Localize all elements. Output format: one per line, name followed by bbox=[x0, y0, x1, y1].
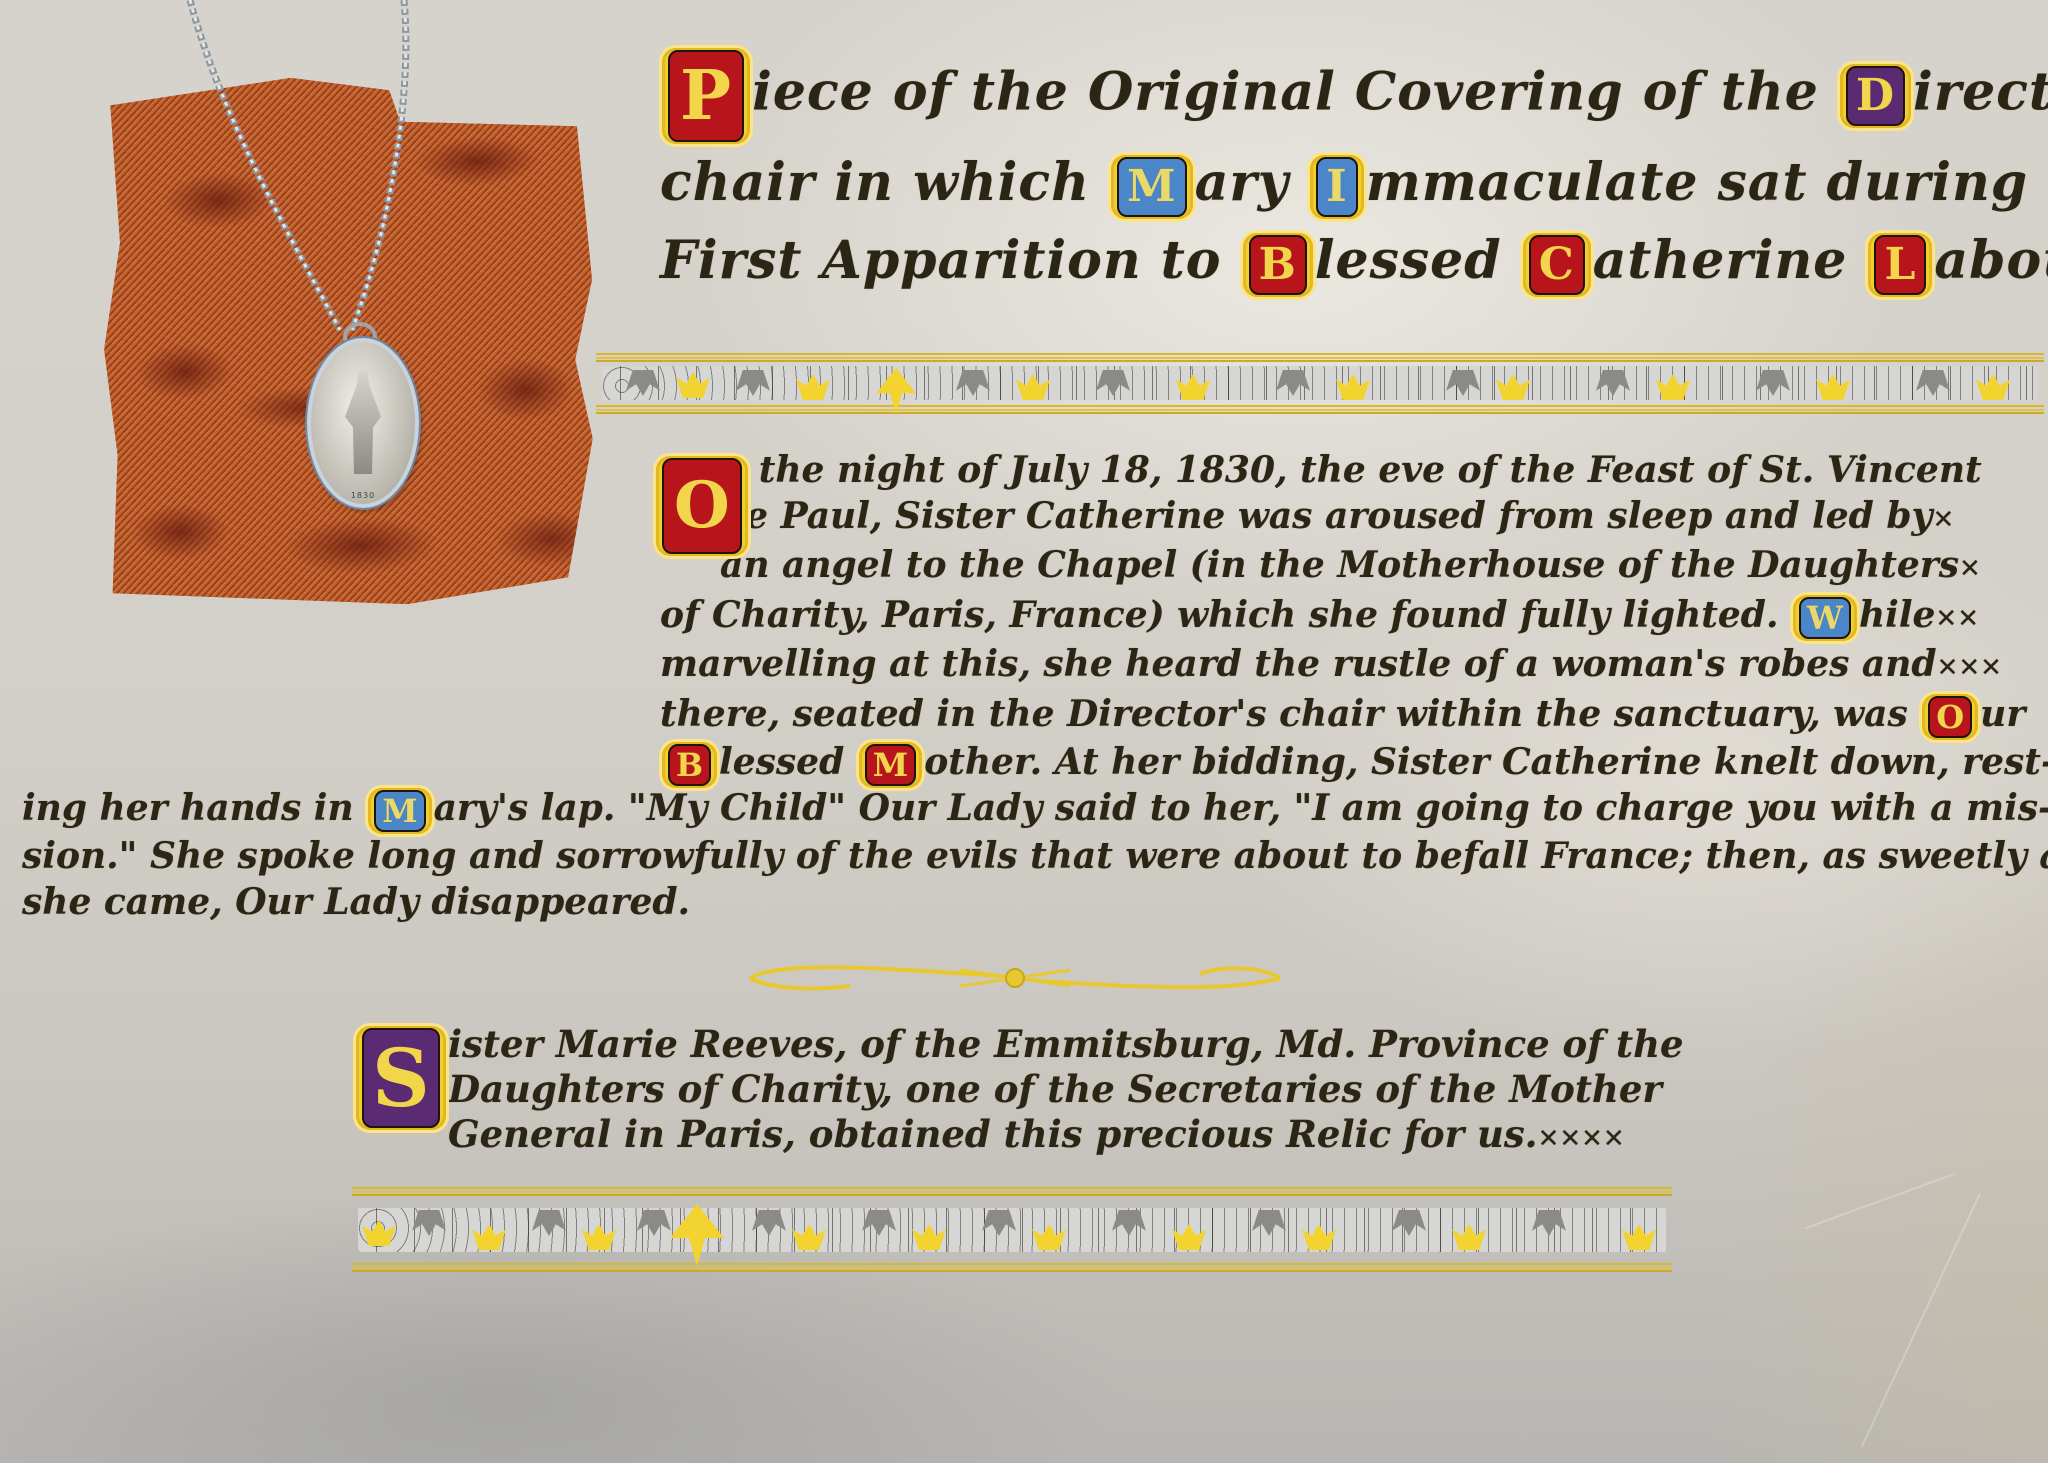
title-line-2: chair in which Mary Immaculate sat durin… bbox=[660, 144, 2040, 222]
provenance-line: Daughters of Charity, one of the Secreta… bbox=[360, 1067, 1680, 1112]
illuminated-initial-c: C bbox=[1523, 233, 1591, 297]
illuminated-initial-o: O bbox=[1922, 694, 1978, 740]
bottom-ornamental-border bbox=[352, 1178, 1672, 1288]
narrative-line: de Paul, Sister Catherine was aroused fr… bbox=[660, 494, 2030, 544]
illuminated-drop-cap-o: O bbox=[656, 456, 748, 556]
certificate-title: Piece of the Original Covering of the Di… bbox=[660, 48, 2040, 300]
miraculous-medal: 1830 bbox=[307, 338, 419, 508]
illuminated-initial-b: B bbox=[1243, 233, 1313, 297]
gold-rule bbox=[352, 1186, 1672, 1196]
paper-crease bbox=[1804, 1173, 1955, 1230]
narrative-line: an angel to the Chapel (in the Motherhou… bbox=[660, 543, 2030, 593]
virgin-mary-figure-icon bbox=[345, 370, 381, 474]
narrative-line: ing her hands in Mary's lap. "My Child" … bbox=[22, 786, 2032, 834]
provenance-line: General in Paris, obtained this precious… bbox=[360, 1112, 1680, 1162]
narrative-paragraph: O n the night of July 18, 1830, the eve … bbox=[660, 448, 2030, 788]
illuminated-initial-b: B bbox=[662, 742, 717, 788]
gold-rule bbox=[352, 1262, 1672, 1272]
title-line-1: Piece of the Original Covering of the Di… bbox=[660, 48, 2040, 144]
gold-rule bbox=[596, 352, 2044, 362]
narrative-line: Blessed Mother. At her bidding, Sister C… bbox=[660, 740, 2030, 788]
narrative-line: n the night of July 18, 1830, the eve of… bbox=[660, 448, 2030, 494]
paper-crease bbox=[1861, 1193, 1981, 1448]
illuminated-initial-m: M bbox=[1111, 155, 1193, 219]
narrative-line: sion." She spoke long and sorrowfully of… bbox=[22, 834, 2032, 880]
provenance-line: ister Marie Reeves, of the Emmitsburg, M… bbox=[360, 1022, 1680, 1067]
narrative-paragraph-continued: ing her hands in Mary's lap. "My Child" … bbox=[22, 786, 2032, 925]
gold-flourish-divider-icon bbox=[740, 960, 1290, 996]
illuminated-initial-p: P bbox=[662, 48, 750, 144]
illuminated-initial-d: D bbox=[1840, 64, 1911, 128]
narrative-line: there, seated in the Director's chair wi… bbox=[660, 692, 2030, 740]
relic-certificate-page: 1830 Piece of the Original Covering of t… bbox=[0, 0, 2048, 1463]
gold-rule bbox=[596, 404, 2044, 414]
medal-year: 1830 bbox=[311, 491, 415, 500]
narrative-line: she came, Our Lady disappeared. bbox=[22, 880, 2032, 926]
illuminated-initial-m: M bbox=[368, 788, 431, 834]
provenance-paragraph: S ister Marie Reeves, of the Emmitsburg,… bbox=[360, 1022, 1680, 1162]
illuminated-drop-cap-s: S bbox=[356, 1026, 446, 1130]
necklace-chain-icon bbox=[182, 0, 432, 340]
top-ornamental-border bbox=[596, 352, 2044, 424]
illuminated-initial-i: I bbox=[1310, 155, 1364, 219]
illuminated-initial-m: M bbox=[859, 742, 922, 788]
illuminated-initial-w: W bbox=[1793, 595, 1857, 641]
title-line-3: First Apparition to Blessed Catherine La… bbox=[660, 222, 2040, 300]
illuminated-initial-l: L bbox=[1868, 233, 1932, 297]
narrative-line: of Charity, Paris, France) which she fou… bbox=[660, 593, 2030, 643]
narrative-line: marvelling at this, she heard the rustle… bbox=[660, 642, 2030, 692]
